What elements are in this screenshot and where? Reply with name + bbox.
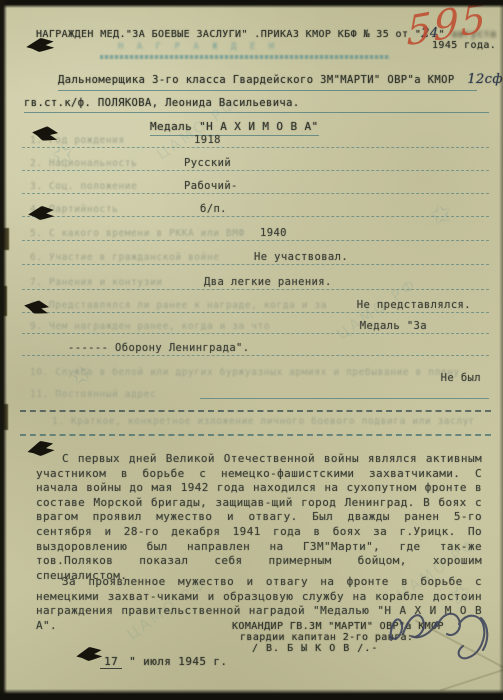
scan-edge-top — [0, 0, 503, 8]
handwritten-fleet-note: 12сф — [467, 72, 503, 87]
field-value: Медаль "За — [360, 320, 427, 332]
field-label: 2. Национальность — [30, 158, 137, 169]
scan-edge-left — [0, 0, 7, 700]
faded-stamp-bar — [100, 55, 390, 59]
scan-edge-right — [499, 0, 503, 700]
recipient-rank-line: Дальномерщика 3-го класса Гвардейского З… — [58, 72, 477, 91]
form-row-service-since: 5. С какого времени в РККА или ВМФ 1940 — [22, 223, 489, 241]
form-row-prior-awards: 9. Чем награжден ранее, когда и за что М… — [22, 316, 489, 334]
form-row-prior-awards-cont: ------ Оборону Ленинграда". — [22, 338, 489, 356]
field-value: б/п. — [200, 203, 227, 215]
date-day: 17 — [100, 655, 122, 669]
fold-crease — [440, 662, 503, 691]
form-row-civil-war: 6. Участие в гражданской войне Не участв… — [22, 247, 489, 265]
address-blank-line — [200, 398, 489, 399]
field-value: Рабочий- — [184, 180, 238, 192]
field-value: 1940 — [260, 227, 287, 239]
section-divider-bottom — [20, 434, 491, 436]
field-label: 8. Представлялся ли ранее к награде, ког… — [30, 300, 330, 311]
form-row-wounds: 7. Ранения и контузии Два легкие ранения… — [22, 272, 489, 290]
field-value: Русский — [184, 157, 231, 169]
form-row-party: 4. Партийность б/п. — [22, 199, 489, 217]
form-row-prior-nomination: 8. Представлялся ли ранее к награде, ког… — [22, 295, 489, 313]
faded-stamp-text: Н А Г Р А Ж Д Е Н — [118, 42, 278, 52]
field-value: ------ Оборону Ленинграда". — [68, 342, 249, 354]
date-line: " 17 " июля 1945 г. — [86, 655, 227, 668]
order-text: НАГРАЖДЕН МЕД."ЗА БОЕВЫЕ ЗАСЛУГИ" .ПРИКА… — [36, 29, 408, 40]
field-value: Два легкие ранения. — [204, 276, 332, 288]
recipient-name-line: гв.ст.к/ф. ПОЛЯКОВА, Леонида Васильевича… — [24, 97, 489, 113]
form-row-social-position: 3. Соц. положение Рабочий- — [22, 176, 489, 194]
field-label: 9. Чем награжден ранее, когда и за что — [30, 321, 270, 332]
field-label: 3. Соц. положение — [30, 181, 137, 192]
commander-name-line: / В. Б Ы К О В /.- — [252, 643, 378, 654]
recipient-rank-text: Дальномерщика 3-го класса Гвардейского З… — [58, 74, 455, 86]
field-label: 7. Ранения и контузии — [30, 277, 163, 288]
field-label: 5. С какого времени в РККА или ВМФ — [30, 228, 245, 239]
field-label: 11. Постоянный адрес — [30, 389, 156, 400]
form-row-nationality: 2. Национальность Русский — [22, 153, 489, 171]
white-army-value: Не был — [441, 372, 481, 384]
citation-paragraph-1: С первых дней Великой Отечественной войн… — [36, 452, 482, 583]
field-value: 1918 — [194, 134, 221, 146]
award-document-scan: ЦАМО РФ ЦАМО РФ ЦАМО РФ ЦАМО РФ ✩ ✩ ✩ ✩ … — [0, 0, 503, 700]
field-value: Не представлялся. — [357, 299, 471, 311]
field-value: Не участвовал. — [254, 251, 348, 263]
form-row-white-army: 10. Служба в белой или других буржуазных… — [22, 362, 489, 379]
date-rest: " июля 1945 г. — [129, 655, 227, 668]
section-divider-top — [20, 410, 491, 412]
field-label: 6. Участие в гражданской войне — [30, 252, 220, 263]
form-row-birth-year: 1. Год рождения 1918 — [22, 130, 489, 148]
section-title: 1. Краткое, конкретное изложение личного… — [52, 416, 475, 427]
scan-edge-bottom — [0, 689, 503, 700]
field-label: 10. Служба в белой или других буржуазных… — [30, 367, 460, 378]
